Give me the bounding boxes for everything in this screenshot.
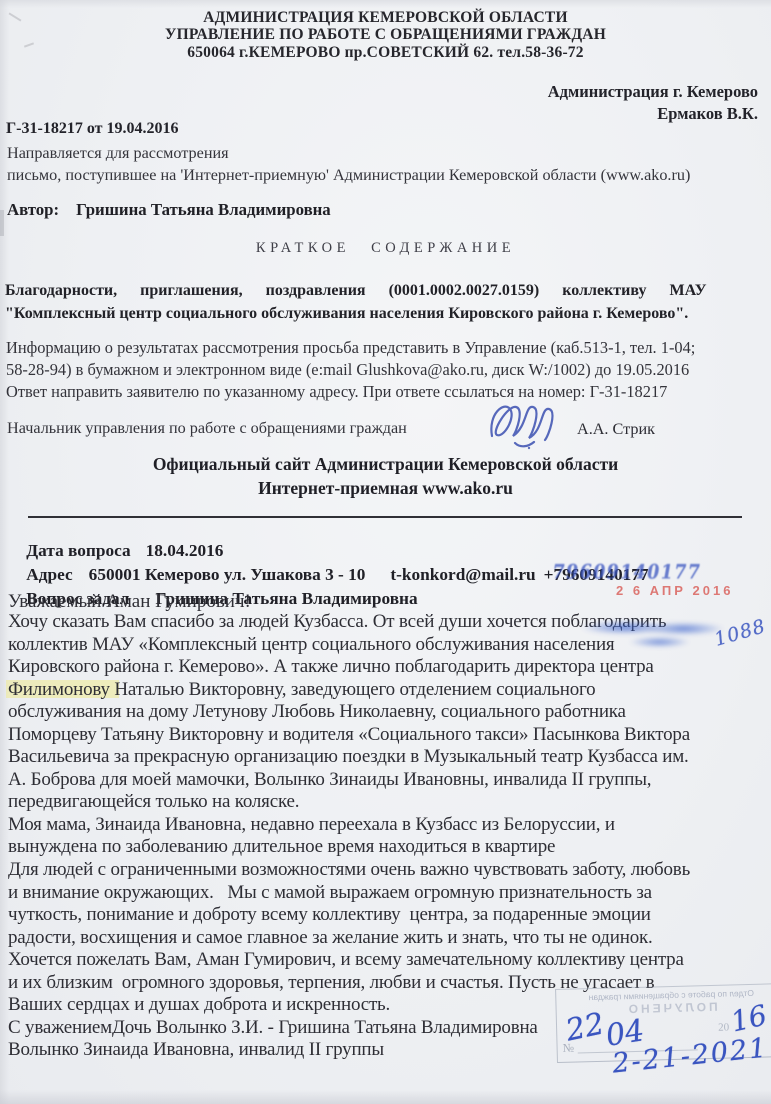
red-date-stamp: 2 6 АПР 2016 (616, 583, 733, 598)
letter-body-line: Для людей с ограниченными возможностями … (8, 859, 764, 882)
addressee-person: Ермаков В.К. (548, 103, 758, 125)
letter-body-line: Васильевича за прекрасную организацию по… (8, 746, 764, 769)
scan-artifact (0, 210, 4, 236)
instructions-line: Информацию о результатах рассмотрения пр… (6, 337, 754, 359)
summary-paragraph: Благодарности, приглашения, поздравления… (5, 279, 746, 325)
scanned-letter-page: АДМИНИСТРАЦИЯ КЕМЕРОВСКОЙ ОБЛАСТИ УПРАВЛ… (0, 0, 771, 1104)
instructions-paragraph: Информацию о результатах рассмотрения пр… (6, 337, 754, 403)
letter-body-line: Хочется пожелать Вам, Аман Гумирович, и … (8, 949, 764, 972)
summary-line: Благодарности, приглашения, поздравления… (5, 279, 746, 302)
letterhead-address: 650064 г.КЕМЕРОВО пр.СОВЕТСКИЙ 62. тел.5… (0, 44, 771, 61)
phone-value: +7960914017779609140177 (544, 565, 649, 585)
letter-body-line: А. Боброва для моей мамочки, Волынко Зин… (8, 769, 764, 792)
letterhead: АДМИНИСТРАЦИЯ КЕМЕРОВСКОЙ ОБЛАСТИ УПРАВЛ… (0, 9, 771, 61)
salutation: Уважаемый Аман Гумирович! (8, 591, 251, 613)
letter-body-line: Филимонову Наталью Викторовну, заведующе… (8, 679, 764, 702)
signatory-name: А.А. Стрик (577, 420, 655, 439)
author-name: Гришина Татьяна Владимировна (76, 200, 331, 219)
letter-body-line: передвигающейся только на коляске. (8, 791, 764, 814)
signatory-title: Начальник управления по работе с обращен… (7, 419, 407, 438)
letterhead-org: АДМИНИСТРАЦИЯ КЕМЕРОВСКОЙ ОБЛАСТИ (0, 9, 771, 26)
site-subtitle: Интернет-приемная www.ako.ru (0, 478, 771, 499)
forwarding-note: Направляется для рассмотренияписьмо, пос… (7, 143, 690, 187)
received-stamp-year-prefix: 20 (718, 1021, 729, 1033)
author-line: Автор:Гришина Татьяна Владимировна (7, 200, 331, 220)
letterhead-dept: УПРАВЛЕНИЕ ПО РАБОТЕ С ОБРАЩЕНИЯМИ ГРАЖД… (0, 26, 771, 43)
divider-line (28, 516, 742, 518)
author-label: Автор: (7, 200, 59, 219)
signature-scribble (482, 396, 580, 452)
summary-line: "Комплексный центр социального обслужива… (5, 302, 746, 325)
addressee-org: Администрация г. Кемерово (548, 81, 758, 103)
letter-body-line: Кировского района г. Кемерово». А также … (8, 656, 764, 679)
site-title: Официальный сайт Администрации Кемеровск… (0, 454, 771, 475)
phone-ink-overlay: 79609140177 (553, 562, 702, 584)
instructions-line: 58-28-94) в бумажном и электронном виде … (6, 359, 754, 381)
letter-body-line: вынуждена по заболеванию длительное врем… (8, 836, 764, 859)
letter-body-line: чуткость, понимание и доброту всему колл… (8, 904, 764, 927)
letter-body-line: обслуживания на дому Летунову Любовь Ник… (8, 701, 764, 724)
forwarding-line: Направляется для рассмотрения (7, 143, 690, 165)
summary-heading: КРАТКОЕ СОДЕРЖАНИЕ (0, 240, 771, 257)
letter-body-line: и внимание окружающих. Мы с мамой выража… (8, 882, 764, 905)
letter-body-line: радости, восхищения и самое главное за ж… (8, 927, 764, 950)
reference-number: Г-31-18217 от 19.04.2016 (6, 120, 178, 138)
letter-body-line: Моя мама, Зинаида Ивановна, недавно пере… (8, 814, 764, 837)
instructions-line: Ответ направить заявителю по указанному … (6, 381, 754, 403)
addressee-block: Администрация г. Кемерово Ермаков В.К. (548, 81, 758, 124)
forwarding-line: письмо, поступившее на 'Интернет-приемну… (7, 165, 690, 187)
letter-body-line: Поморцеву Татьяну Викторовну и водителя … (8, 724, 764, 747)
